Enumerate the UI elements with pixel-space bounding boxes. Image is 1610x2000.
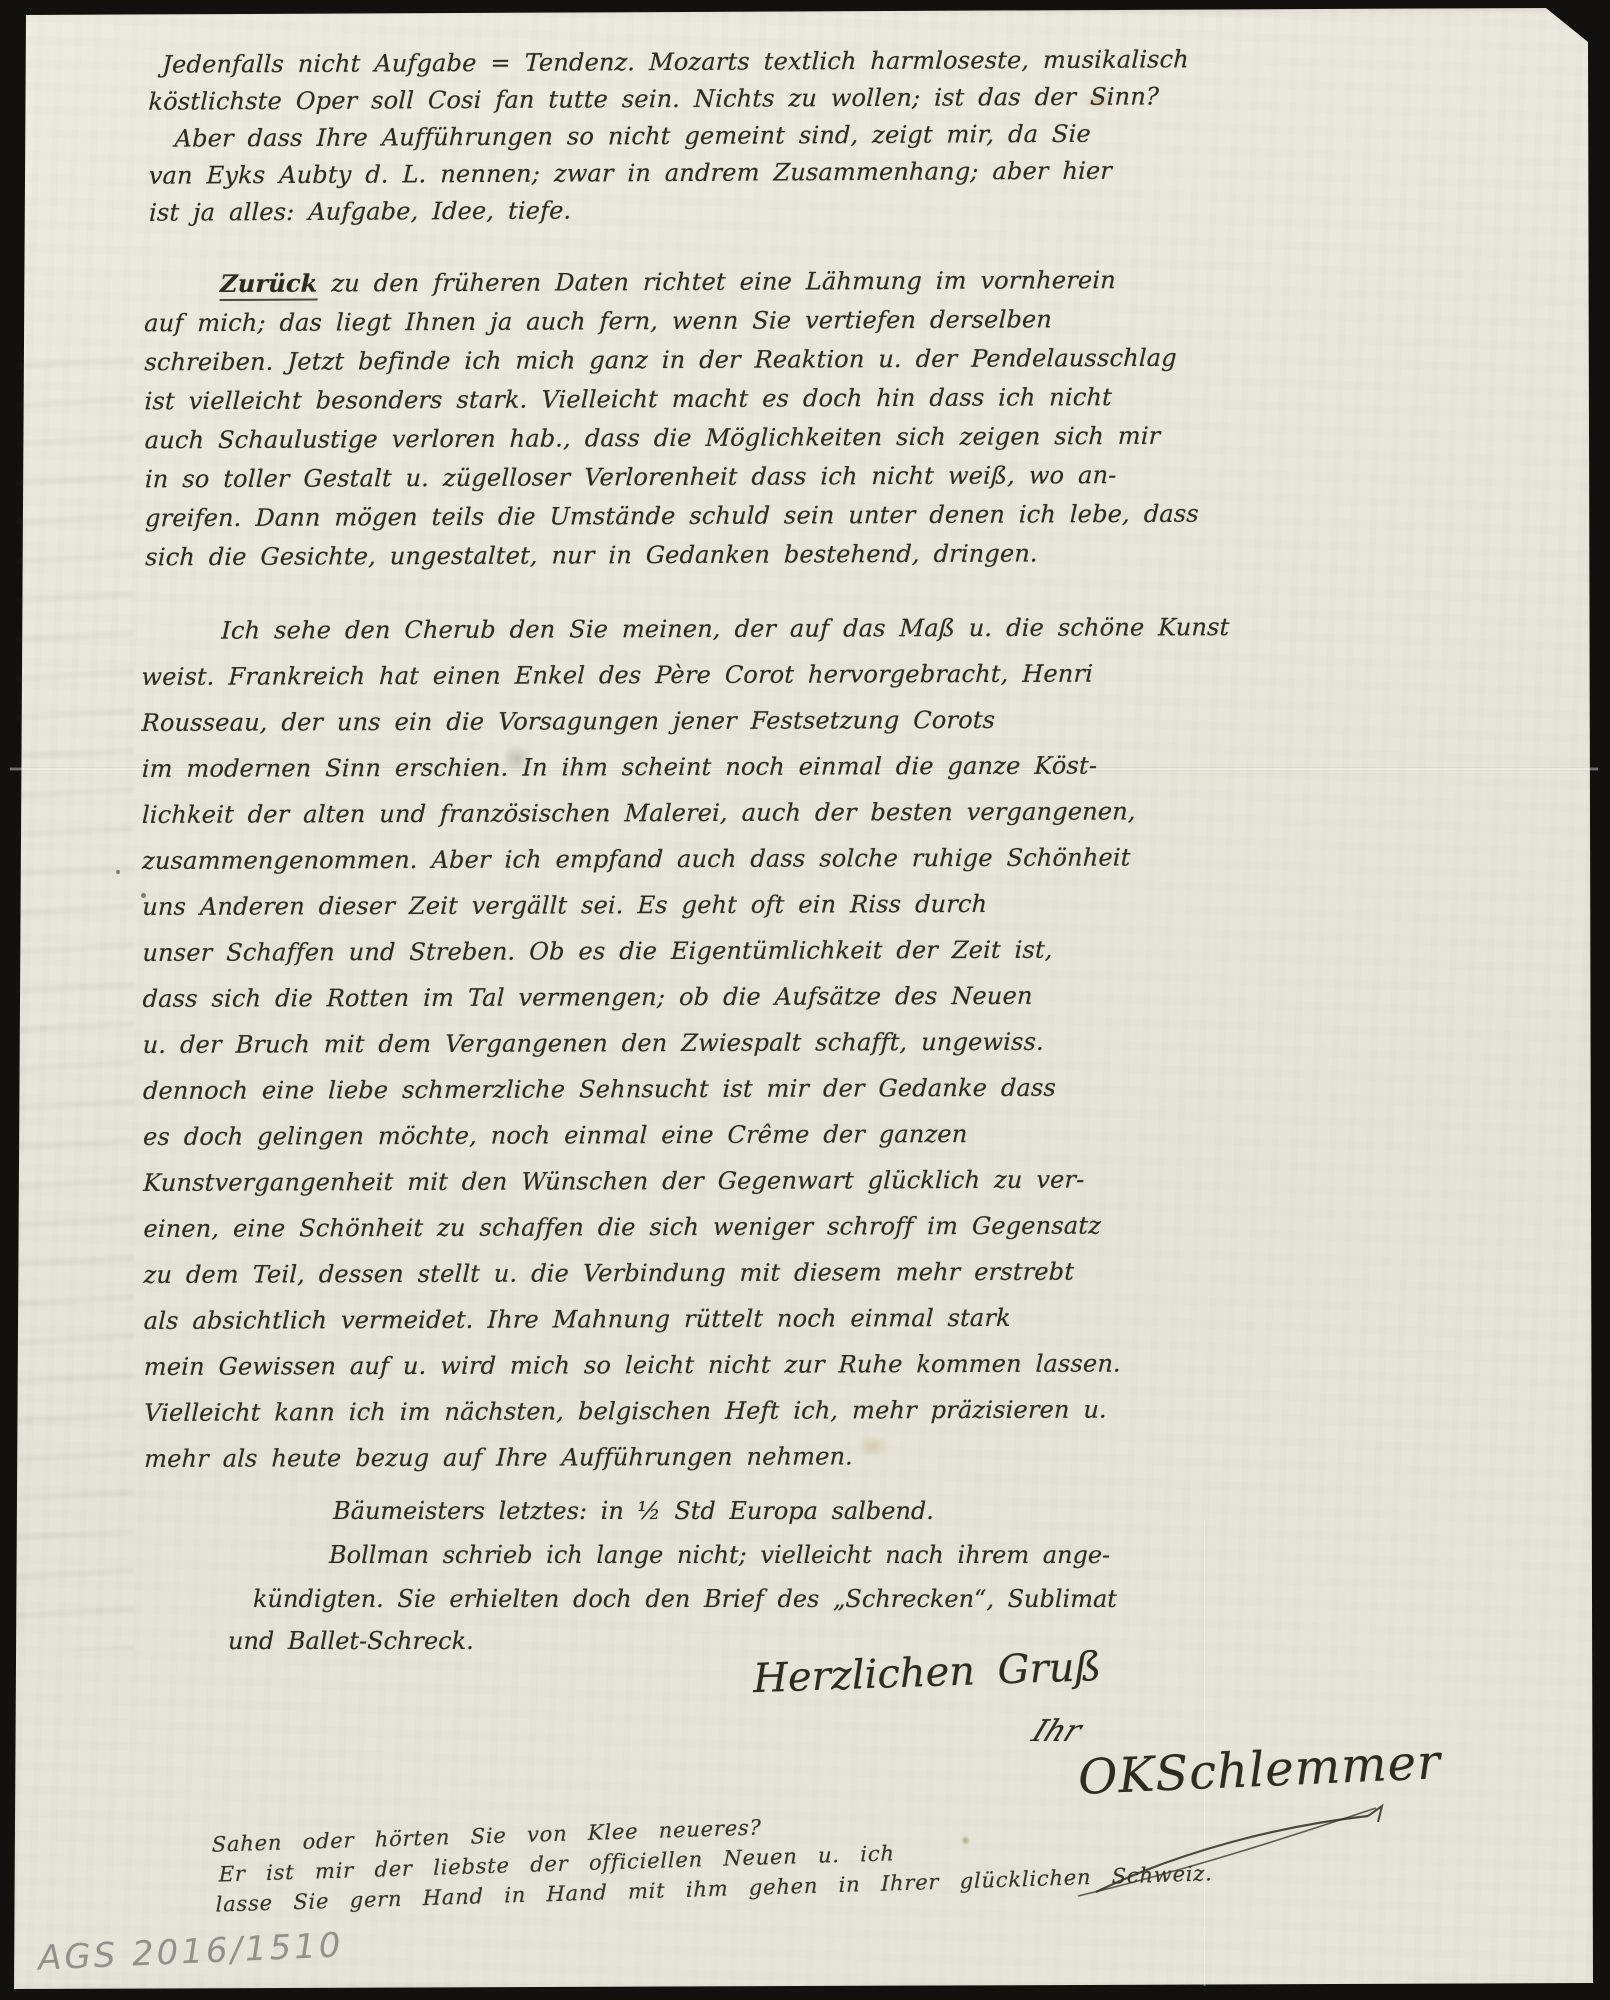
handwriting-line: ist vielleicht besonders stark. Vielleic… [144,378,1199,422]
handwriting-line: dennoch eine liebe schmerzliche Sehnsuch… [142,1064,1232,1114]
letter-paragraph-2: Zurück zu den früheren Daten richtet ein… [143,260,1198,578]
handwriting-line: Jedenfalls nicht Aufgabe = Tendenz. Moza… [148,41,1190,83]
handwriting-line: greifen. Dann mögen teils die Umstände s… [145,495,1200,539]
letter-paragraph-3: Ich sehe den Cherub den Sie meinen, der … [140,604,1231,1482]
underlined-word: Zurück [220,269,318,301]
letter-paragraph-1: Jedenfalls nicht Aufgabe = Tendenz. Moza… [148,41,1190,231]
handwriting-line: Aber dass Ihre Aufführungen so nicht gem… [148,115,1190,157]
handwriting-line: es doch gelingen möchte, noch einmal ein… [142,1110,1232,1160]
handwriting-line: dass sich die Rotten im Tal vermengen; o… [142,972,1232,1022]
handwriting-line: unser Schaffen und Streben. Ob es die Ei… [142,926,1232,976]
handwriting-line: mein Gewissen auf u. wird mich so leicht… [143,1340,1233,1390]
handwriting-line: Kunstvergangenheit mit den Wünschen der … [143,1156,1233,1206]
handwriting-line: köstlichste Oper soll Cosi fan tutte sei… [148,78,1190,120]
handwriting-line: Ich sehe den Cherub den Sie meinen, der … [141,604,1231,654]
handwriting-line: auch Schaulustige verloren hab., dass di… [144,417,1199,461]
ink-bleed-through [16,330,134,1650]
handwriting-line-rest: zu den früheren Daten richtet eine Lähmu… [317,266,1116,297]
handwriting-line: Vielleicht kann ich im nächsten, belgisc… [143,1386,1233,1436]
note-line-bollman: Bollman schrieb ich lange nicht; viellei… [329,1541,1110,1569]
ink-speck [116,870,120,874]
handwriting-line: im modernen Sinn erschien. In ihm schein… [141,742,1231,792]
handwriting-line: u. der Bruch mit dem Vergangenen den Zwi… [142,1018,1232,1068]
handwriting-line: uns Anderen dieser Zeit vergällt sei. Es… [142,880,1232,930]
scanned-letter-page: Jedenfalls nicht Aufgabe = Tendenz. Moza… [0,0,1610,2000]
handwriting-line: sich die Gesichte, ungestaltet, nur in G… [145,534,1200,578]
handwriting-line: zu dem Teil, dessen stellt u. die Verbin… [143,1248,1233,1298]
handwriting-line: Zurück zu den früheren Daten richtet ein… [143,260,1198,305]
note-line-ballet: und Ballet-Schreck. [228,1627,474,1655]
handwriting-line: einen, eine Schönheit zu schaffen die si… [143,1202,1233,1252]
note-line-baumeister: Bäumeisters letztes: in ½ Std Europa sal… [333,1497,934,1525]
handwriting-line: mehr als heute bezug auf Ihre Aufführung… [144,1432,1234,1482]
handwriting-line: als absichtlich vermeidet. Ihre Mahnung … [143,1294,1233,1344]
handwriting-line: van Eyks Aubty d. L. nennen; zwar in and… [148,152,1190,194]
note-line-brief: kündigten. Sie erhielten doch den Brief … [253,1585,1117,1613]
handwriting-line: lichkeit der alten und französischen Mal… [141,788,1231,838]
handwriting-line: auf mich; das liegt Ihnen ja auch fern, … [144,300,1199,344]
handwriting-line: ist ja alles: Aufgabe, Idee, tiefe. [148,189,1190,231]
handwriting-line: schreiben. Jetzt befinde ich mich ganz i… [144,339,1199,383]
handwriting-line: weist. Frankreich hat einen Enkel des Pè… [141,650,1231,700]
handwriting-line: Rousseau, der uns ein die Vorsagungen je… [141,696,1231,746]
handwriting-line: in so toller Gestalt u. zügelloser Verlo… [144,456,1199,500]
handwriting-line: zusammengenommen. Aber ich empfand auch … [141,834,1231,884]
